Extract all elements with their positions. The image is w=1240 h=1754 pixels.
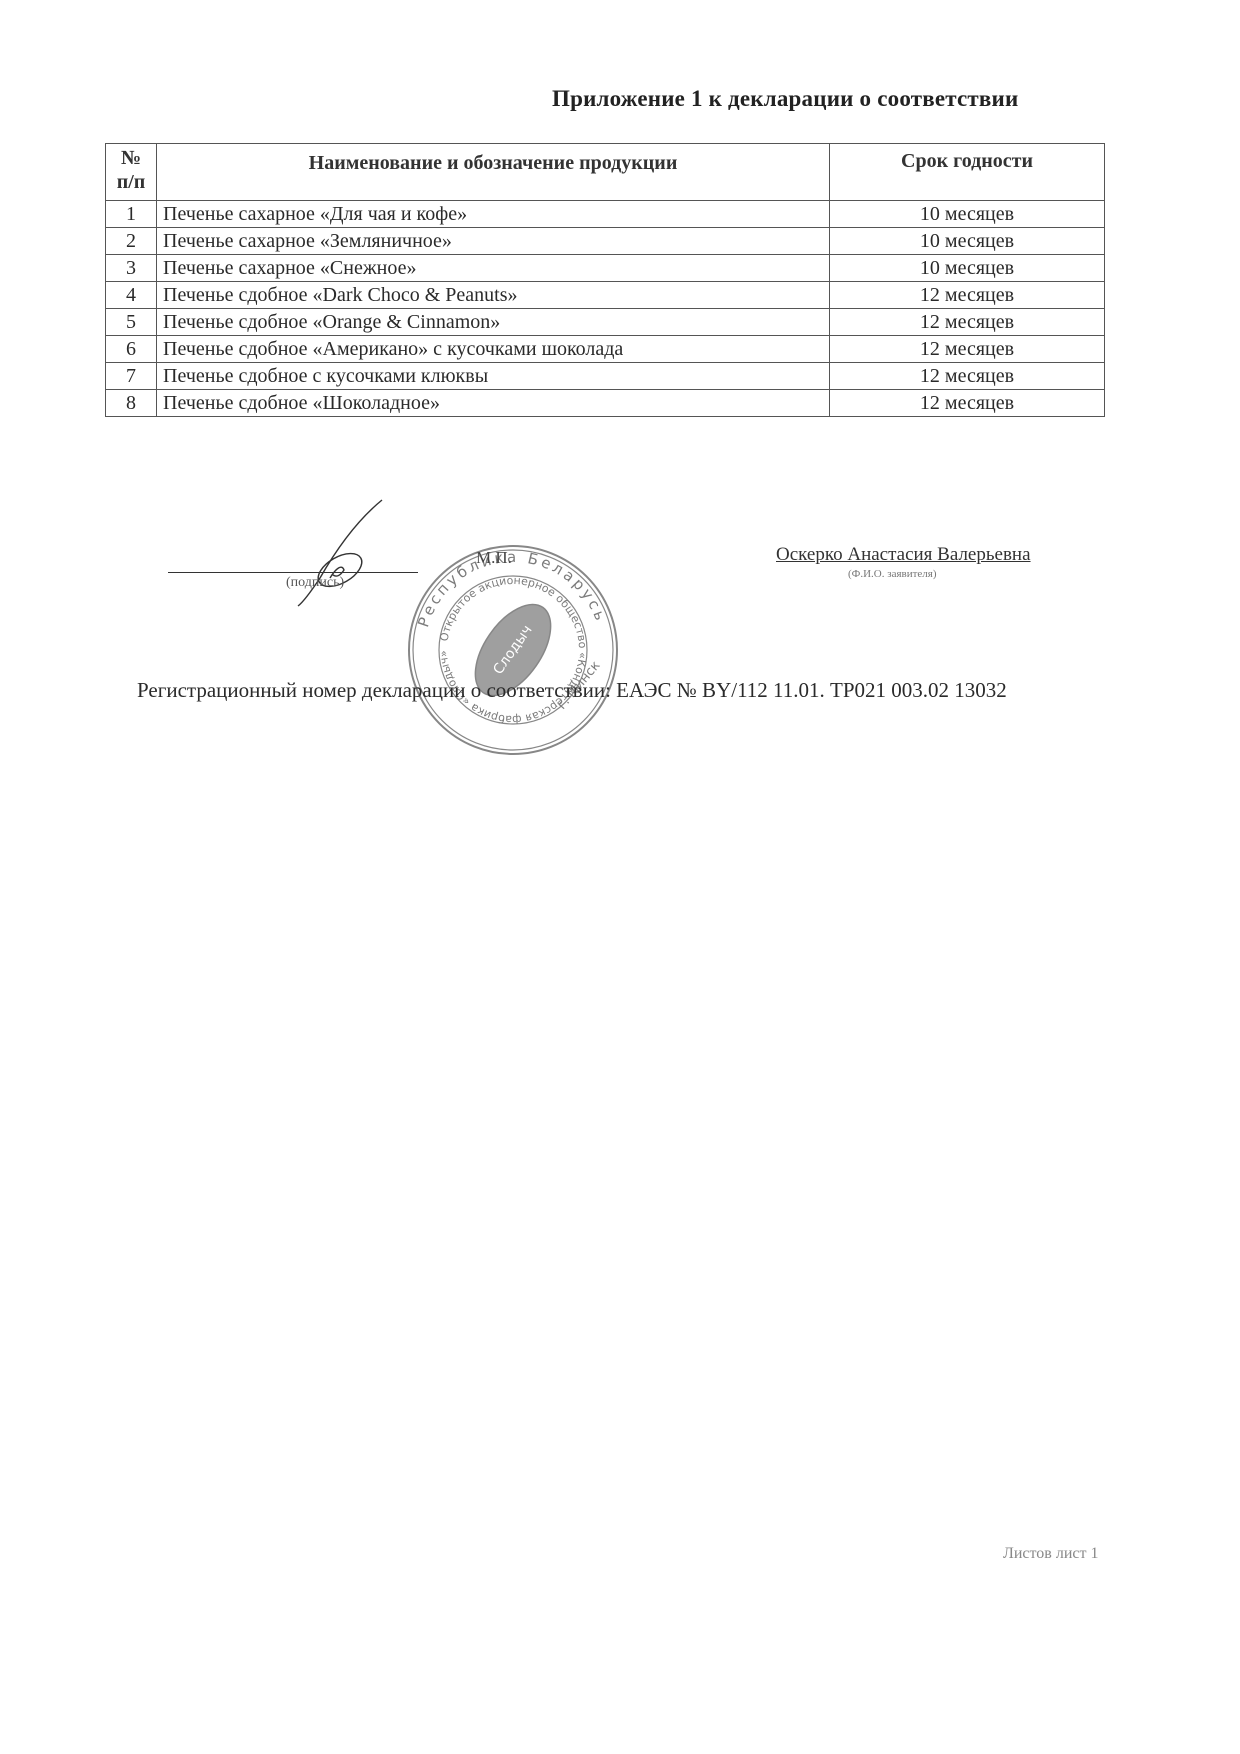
- row-name: Печенье сахарное «Земляничное»: [157, 228, 830, 255]
- row-num: 4: [106, 282, 157, 309]
- row-name: Печенье сахарное «Для чая и кофе»: [157, 201, 830, 228]
- row-num: 3: [106, 255, 157, 282]
- row-shelf-life: 12 месяцев: [830, 282, 1105, 309]
- row-num: 2: [106, 228, 157, 255]
- registration-number: Регистрационный номер декларации о соотв…: [137, 678, 1007, 703]
- row-name: Печенье сдобное «Шоколадное»: [157, 390, 830, 417]
- table-row: 5Печенье сдобное «Orange & Cinnamon»12 м…: [106, 309, 1105, 336]
- applicant-caption: (Ф.И.О. заявителя): [848, 568, 937, 580]
- row-num: 1: [106, 201, 157, 228]
- row-shelf-life: 12 месяцев: [830, 336, 1105, 363]
- sheet-count: Листов лист 1: [1003, 1545, 1099, 1563]
- row-num: 7: [106, 363, 157, 390]
- header-shelf-life: Срок годности: [830, 144, 1105, 201]
- table-row: 3Печенье сахарное «Снежное»10 месяцев: [106, 255, 1105, 282]
- products-table: № п/п Наименование и обозначение продукц…: [105, 143, 1105, 417]
- header-num: № п/п: [106, 144, 157, 201]
- row-name: Печенье сахарное «Снежное»: [157, 255, 830, 282]
- table-row: 6Печенье сдобное «Американо» с кусочками…: [106, 336, 1105, 363]
- row-name: Печенье сдобное «Dark Choco & Peanuts»: [157, 282, 830, 309]
- header-name: Наименование и обозначение продукции: [157, 144, 830, 201]
- table-row: 4Печенье сдобное «Dark Choco & Peanuts»1…: [106, 282, 1105, 309]
- table-row: 7Печенье сдобное с кусочками клюквы12 ме…: [106, 363, 1105, 390]
- signature-mark: [280, 498, 400, 608]
- table-header-row: № п/п Наименование и обозначение продукц…: [106, 144, 1105, 201]
- row-shelf-life: 12 месяцев: [830, 390, 1105, 417]
- document-title: Приложение 1 к декларации о соответствии: [552, 86, 1018, 112]
- applicant-name: Оскерко Анастасия Валерьевна: [776, 544, 1031, 566]
- row-name: Печенье сдобное «Orange & Cinnamon»: [157, 309, 830, 336]
- row-shelf-life: 12 месяцев: [830, 363, 1105, 390]
- row-name: Печенье сдобное с кусочками клюквы: [157, 363, 830, 390]
- row-num: 8: [106, 390, 157, 417]
- row-num: 5: [106, 309, 157, 336]
- table-row: 8Печенье сдобное «Шоколадное»12 месяцев: [106, 390, 1105, 417]
- signature-line: [168, 572, 418, 573]
- signature-caption: (подпись): [286, 575, 344, 591]
- row-shelf-life: 10 месяцев: [830, 255, 1105, 282]
- table-row: 2Печенье сахарное «Земляничное»10 месяце…: [106, 228, 1105, 255]
- row-shelf-life: 10 месяцев: [830, 228, 1105, 255]
- company-stamp-icon: Республика Беларусь Открытое акционерное…: [403, 540, 623, 760]
- table-row: 1Печенье сахарное «Для чая и кофе»10 мес…: [106, 201, 1105, 228]
- row-shelf-life: 10 месяцев: [830, 201, 1105, 228]
- row-num: 6: [106, 336, 157, 363]
- row-name: Печенье сдобное «Американо» с кусочками …: [157, 336, 830, 363]
- row-shelf-life: 12 месяцев: [830, 309, 1105, 336]
